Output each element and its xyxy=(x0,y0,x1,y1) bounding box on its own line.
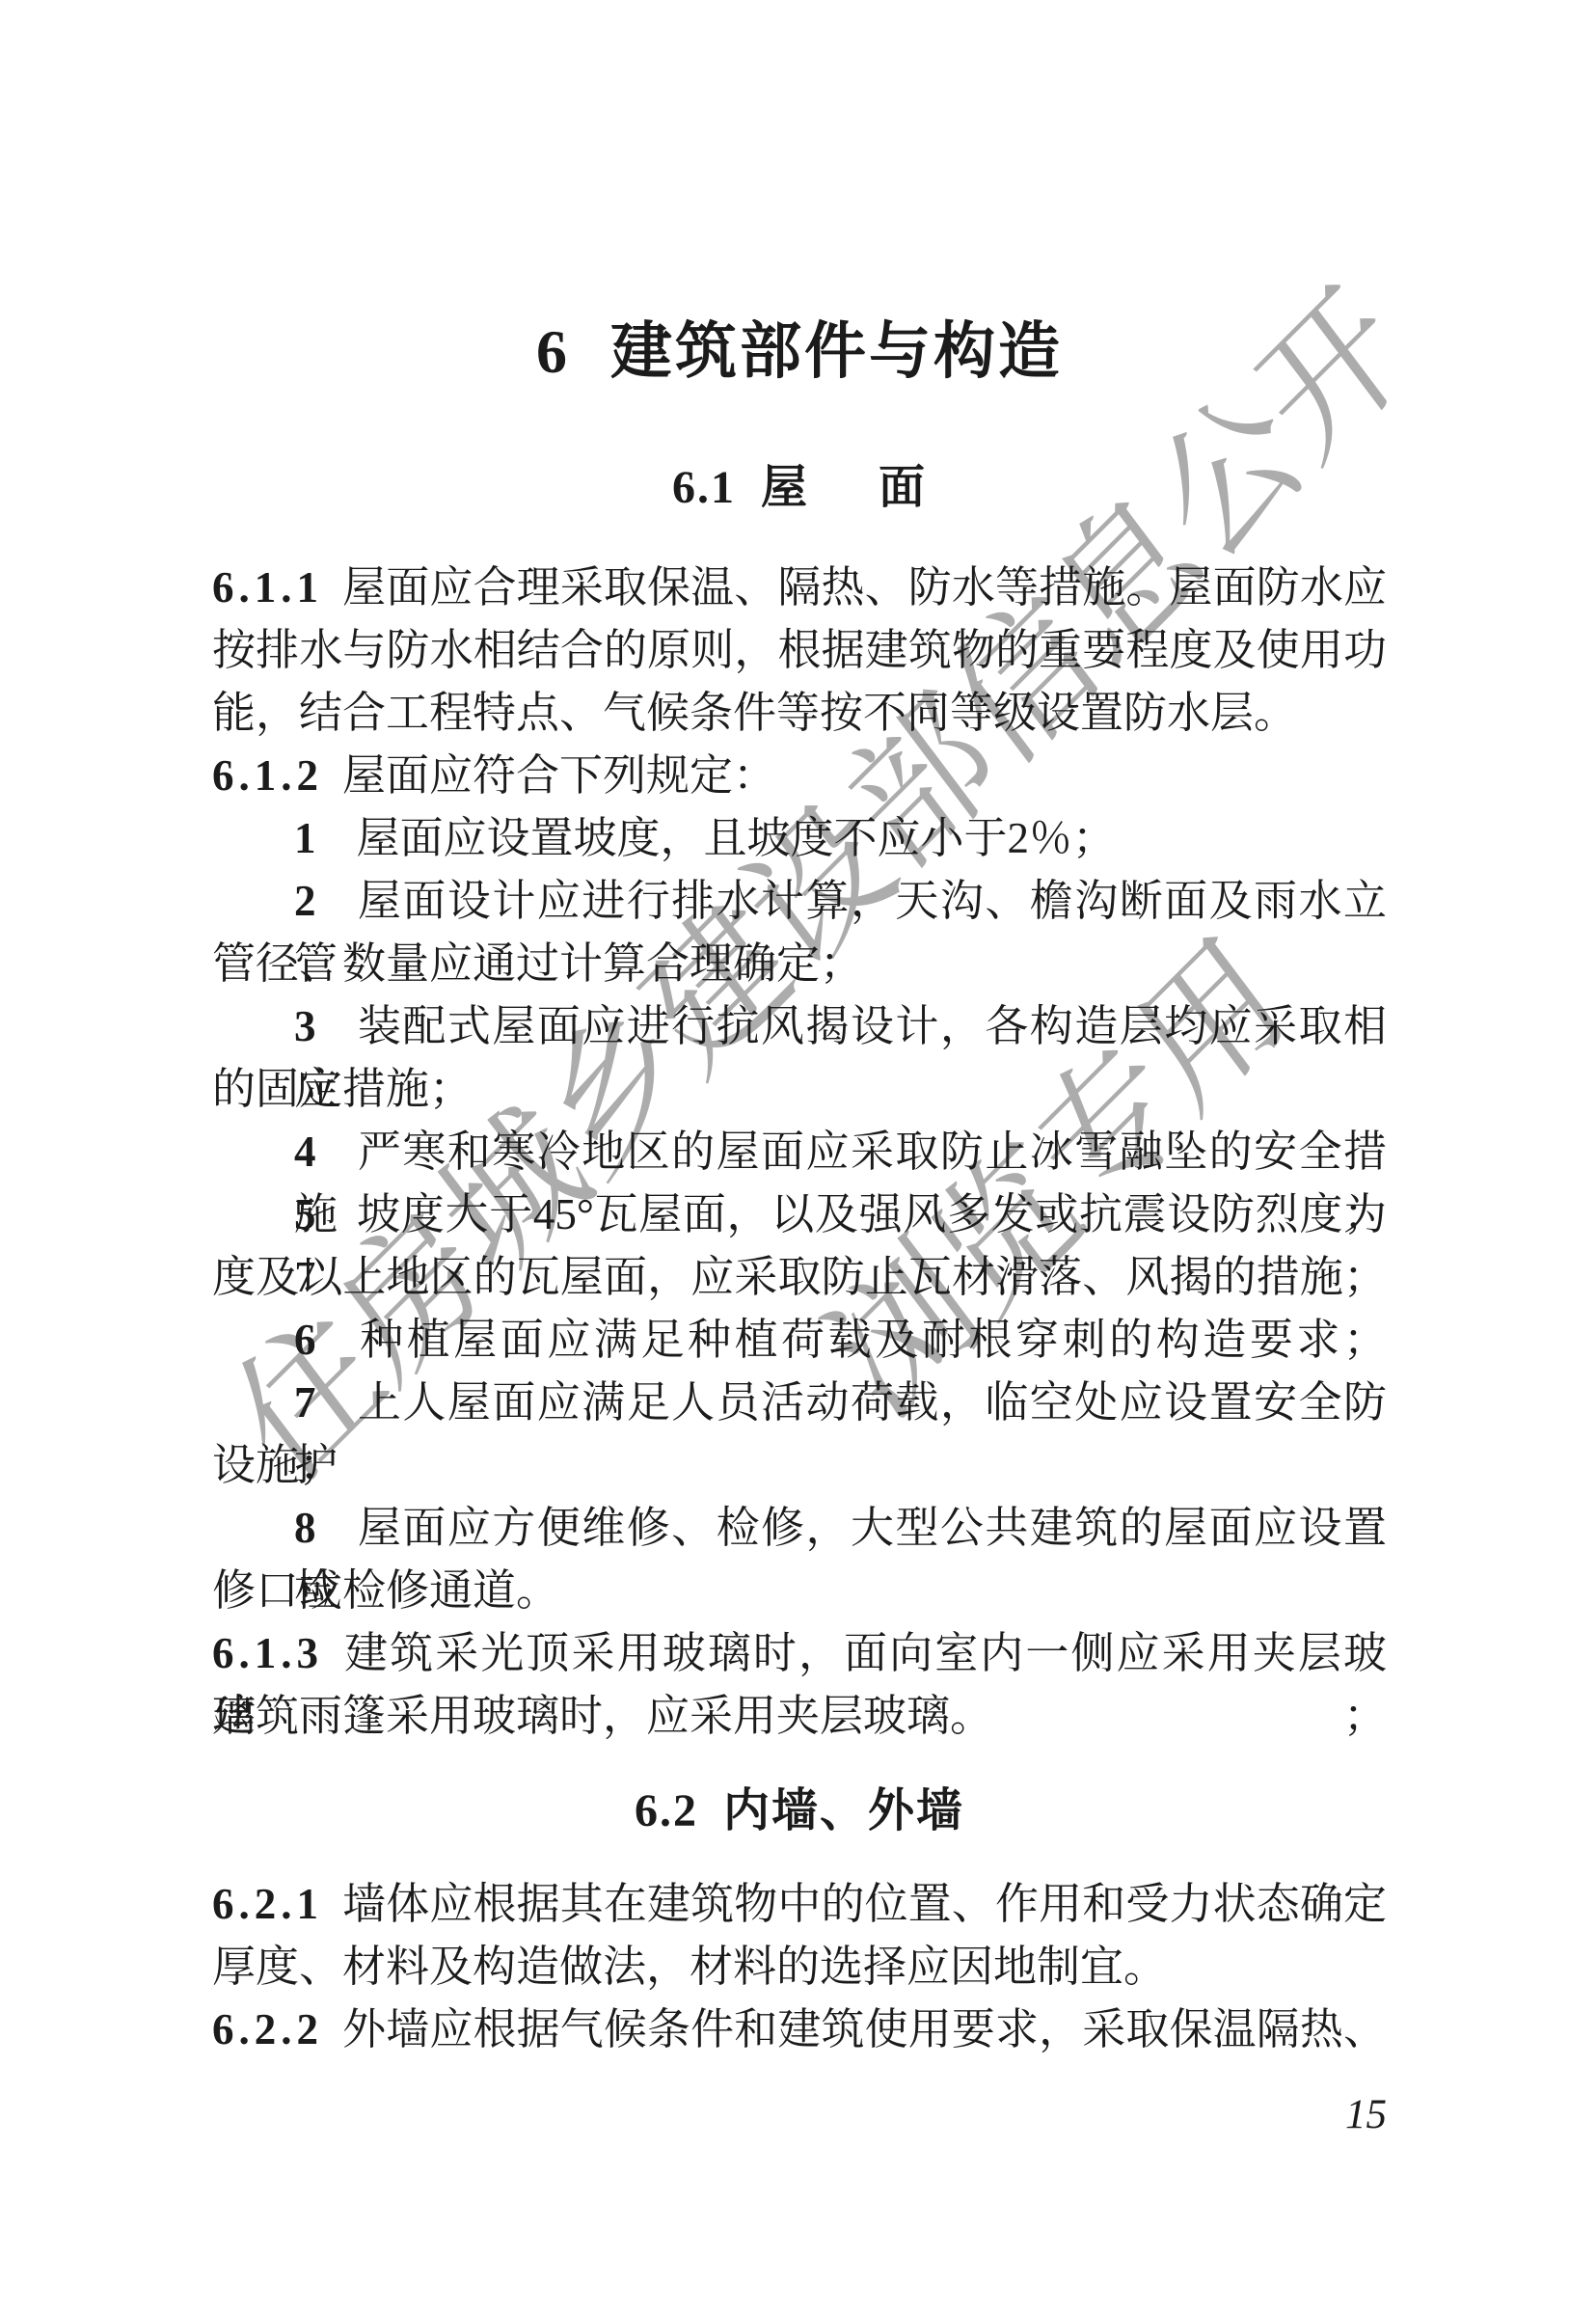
line-text: 度及以上地区的瓦屋面，应采取防止瓦材滑落、风揭的措施； xyxy=(212,1253,1387,1301)
text-line: 按排水与防水相结合的原则，根据建筑物的重要程度及使用功 xyxy=(212,619,1387,682)
line-text: 种植屋面应满足种植荷载及耐根穿刺的构造要求； xyxy=(357,1316,1388,1364)
section-heading: 6.2内墙、外墙 xyxy=(212,1780,1387,1842)
line-text: 建筑雨篷采用玻璃时，应采用夹层玻璃。 xyxy=(212,1692,993,1740)
item-number: 1 xyxy=(294,814,316,862)
text-line: 4严寒和寒冷地区的屋面应采取防止冰雪融坠的安全措施； xyxy=(212,1121,1387,1183)
line-text: 内墙、外墙 xyxy=(723,1785,964,1836)
page-number: 15 xyxy=(212,2083,1387,2146)
item-number: 2 xyxy=(294,877,316,925)
item-number: 7 xyxy=(294,1378,316,1427)
chapter-number: 6 xyxy=(536,317,570,386)
line-text: 按排水与防水相结合的原则，根据建筑物的重要程度及使用功 xyxy=(212,626,1387,674)
text-line: 6种植屋面应满足种植荷载及耐根穿刺的构造要求； xyxy=(212,1309,1387,1372)
text-line: 5坡度大于45°瓦屋面，以及强风多发或抗震设防烈度为7 xyxy=(212,1183,1387,1246)
line-text: 墙体应根据其在建筑物中的位置、作用和受力状态确定 xyxy=(342,1880,1387,1928)
text-line: 8屋面应方便维修、检修，大型公共建筑的屋面应设置检 xyxy=(212,1497,1387,1560)
text-line: 管径、数量应通过计算合理确定； xyxy=(212,933,1387,995)
line-text: 屋面应合理采取保温、隔热、防水等措施。屋面防水应 xyxy=(342,563,1387,612)
text-line: 的固定措施； xyxy=(212,1058,1387,1121)
text-line: 6.2.1墙体应根据其在建筑物中的位置、作用和受力状态确定 xyxy=(212,1873,1387,1936)
item-number: 6 xyxy=(294,1316,316,1364)
text-line: 3装配式屋面应进行抗风揭设计，各构造层均应采取相应 xyxy=(212,995,1387,1058)
item-number: 4 xyxy=(294,1128,316,1176)
chapter-title: 6建筑部件与构造 xyxy=(212,318,1387,386)
line-text: 屋面应符合下列规定： xyxy=(342,751,776,800)
text-line: 厚度、材料及构造做法，材料的选择应因地制宜。 xyxy=(212,1936,1387,1998)
line-text: 设施； xyxy=(212,1441,342,1489)
text-line: 2屋面设计应进行排水计算，天沟、檐沟断面及雨水立管 xyxy=(212,870,1387,933)
text-line: 6.1.3建筑采光顶采用玻璃时，面向室内一侧应采用夹层玻璃； xyxy=(212,1622,1387,1685)
line-text: 管径、数量应通过计算合理确定； xyxy=(212,939,863,988)
section-number: 6.1 xyxy=(672,462,736,513)
document-page: 6建筑部件与构造 6.1屋 面6.1.1屋面应合理采取保温、隔热、防水等措施。屋… xyxy=(0,0,1596,2146)
clause-number: 6.1.3 xyxy=(212,1629,323,1677)
item-number: 8 xyxy=(294,1504,316,1552)
line-text: 屋面应设置坡度，且坡度不应小于2％； xyxy=(357,814,1117,862)
clause-number: 6.1.2 xyxy=(212,751,323,800)
item-number: 3 xyxy=(294,1002,316,1050)
text-line: 1屋面应设置坡度，且坡度不应小于2％； xyxy=(212,807,1387,870)
line-text: 的固定措施； xyxy=(212,1065,473,1113)
chapter-title-text: 建筑部件与构造 xyxy=(610,317,1063,386)
line-text: 能，结合工程特点、气候条件等按不同等级设置防水层。 xyxy=(212,689,1297,737)
section-number: 6.2 xyxy=(635,1785,698,1836)
text-line: 修口或检修通道。 xyxy=(212,1560,1387,1622)
clause-number: 6.2.2 xyxy=(212,2005,323,2053)
clause-number: 6.2.1 xyxy=(212,1880,323,1928)
text-line: 6.2.2外墙应根据气候条件和建筑使用要求，采取保温隔热、 xyxy=(212,1998,1387,2061)
document-body: 6.1屋 面6.1.1屋面应合理采取保温、隔热、防水等措施。屋面防水应按排水与防… xyxy=(212,456,1387,2061)
section-heading: 6.1屋 面 xyxy=(212,456,1387,519)
text-line: 6.1.1屋面应合理采取保温、隔热、防水等措施。屋面防水应 xyxy=(212,557,1387,619)
line-text: 屋 面 xyxy=(761,462,927,513)
line-text: 厚度、材料及构造做法，材料的选择应因地制宜。 xyxy=(212,1943,1167,1991)
text-line: 7上人屋面应满足人员活动荷载，临空处应设置安全防护 xyxy=(212,1372,1387,1434)
text-line: 6.1.2屋面应符合下列规定： xyxy=(212,745,1387,807)
line-text: 修口或检修通道。 xyxy=(212,1566,559,1615)
text-line: 能，结合工程特点、气候条件等按不同等级设置防水层。 xyxy=(212,682,1387,745)
item-number: 5 xyxy=(294,1190,316,1238)
clause-number: 6.1.1 xyxy=(212,563,323,612)
line-text: 外墙应根据气候条件和建筑使用要求，采取保温隔热、 xyxy=(342,2005,1387,2053)
text-line: 设施； xyxy=(212,1434,1387,1497)
text-line: 度及以上地区的瓦屋面，应采取防止瓦材滑落、风揭的措施； xyxy=(212,1246,1387,1309)
